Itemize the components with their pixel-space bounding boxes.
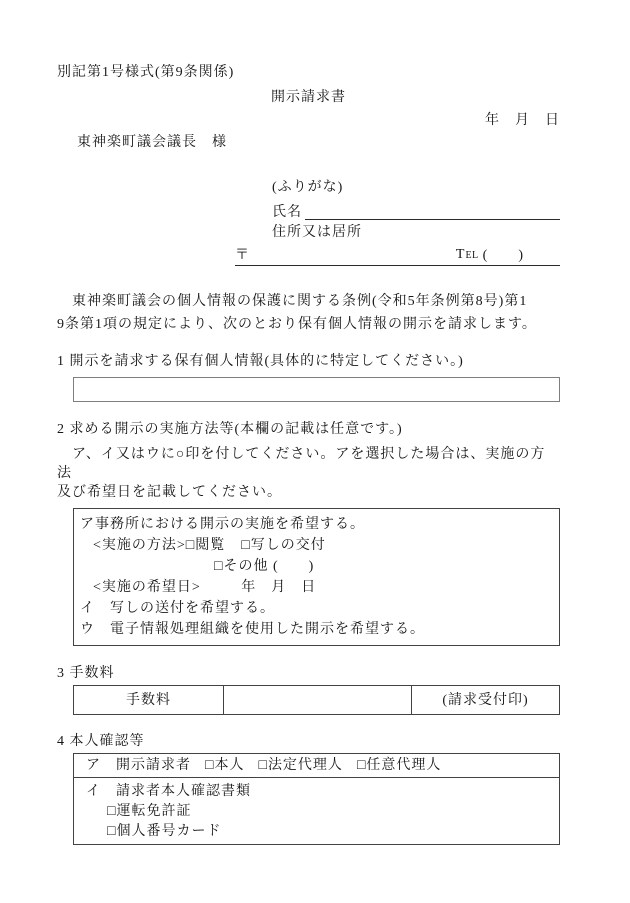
- checkbox-label: 運転免許証: [116, 804, 191, 819]
- checkbox-voluntary-representative[interactable]: □任意代理人: [357, 758, 441, 773]
- checkbox-label: 法定代理人: [268, 758, 343, 773]
- checkbox-label: 任意代理人: [366, 758, 441, 773]
- form-number: 別記第1号様式(第9条関係): [57, 65, 560, 80]
- identity-table: ア 開示請求者 □本人 □法定代理人 □任意代理人 イ 請求者本人確認書類 □運…: [73, 753, 560, 845]
- fee-amount-cell[interactable]: [224, 686, 412, 714]
- section1-input-box[interactable]: [73, 377, 560, 402]
- fee-label-cell: 手数料: [74, 686, 224, 714]
- tel-label: TEL: [456, 247, 479, 263]
- option-i-mail-copy[interactable]: イ 写しの送付を希望する。: [80, 598, 553, 619]
- section2-heading: 2 求める開示の実施方法等(本欄の記載は任意です。): [57, 422, 560, 437]
- checkbox-self[interactable]: □本人: [205, 758, 244, 773]
- furigana-label: (ふりがな): [272, 180, 560, 195]
- checkbox-label: 個人番号カード: [116, 824, 221, 839]
- method-row: <実施の方法> □閲覧 □写しの交付: [93, 535, 553, 556]
- tel-input-area[interactable]: ( ): [483, 248, 524, 263]
- address-label: 住所又は居所: [272, 225, 560, 240]
- applicant-block: (ふりがな) 氏名 住所又は居所 〒 TEL ( ): [235, 180, 560, 266]
- desired-date-fill[interactable]: 年 月 日: [241, 580, 316, 595]
- option-u-electronic-disclosure[interactable]: ウ 電子情報処理組織を使用した開示を希望する。: [80, 619, 553, 640]
- name-row: 氏名: [272, 203, 560, 220]
- request-statement: 東神楽町議会の個人情報の保護に関する条例(令和5年条例第8号)第1 9条第1項の…: [57, 290, 560, 336]
- body-line-1: 東神楽町議会の個人情報の保護に関する条例(令和5年条例第8号)第1: [57, 290, 560, 313]
- checkbox-legal-representative[interactable]: □法定代理人: [258, 758, 342, 773]
- option-a-office-disclosure[interactable]: ア事務所における開示の実施を希望する。: [80, 514, 553, 535]
- desired-date-label: <実施の希望日>: [93, 580, 201, 595]
- instruction-line-1: ア、イ又はウに○印を付してください。アを選択した場合は、実施の方法: [57, 445, 560, 483]
- name-label: 氏名: [272, 205, 302, 220]
- requester-type-row: ア 開示請求者 □本人 □法定代理人 □任意代理人: [74, 754, 559, 778]
- document-page: 別記第1号様式(第9条関係) 開示請求書 年 月 日 東神楽町議会議長 様 (ふ…: [0, 0, 630, 903]
- checkbox-other[interactable]: □その他 ( ): [214, 559, 314, 574]
- checkbox-label: 写しの交付: [251, 538, 326, 553]
- checkbox-view[interactable]: □閲覧: [186, 535, 225, 556]
- desired-date-row: <実施の希望日> 年 月 日: [93, 577, 553, 598]
- checkbox-my-number-card[interactable]: □個人番号カード: [107, 824, 221, 839]
- method-label: <実施の方法>: [93, 535, 186, 556]
- fee-table: 手数料 (請求受付印): [73, 685, 560, 715]
- checkbox-square-icon: □: [186, 538, 195, 553]
- checkbox-square-icon: □: [241, 538, 250, 553]
- section2-options-box: ア事務所における開示の実施を希望する。 <実施の方法> □閲覧 □写しの交付 □…: [73, 508, 560, 646]
- identity-documents-label: イ 請求者本人確認書類: [86, 782, 553, 802]
- checkbox-square-icon: □: [258, 758, 267, 773]
- checkbox-label: 本人: [214, 758, 244, 773]
- requester-type-label: ア 開示請求者: [86, 758, 191, 773]
- checkbox-label: その他 ( ): [223, 559, 314, 574]
- addressee: 東神楽町議会議長 様: [77, 135, 560, 150]
- section1-heading: 1 開示を請求する保有個人情報(具体的に特定してください。): [57, 354, 560, 369]
- instruction-line-2: 及び希望日を記載してください。: [57, 483, 560, 502]
- postal-mark-icon: 〒: [235, 248, 250, 263]
- checkbox-square-icon: □: [357, 758, 366, 773]
- section4-heading: 4 本人確認等: [57, 734, 560, 749]
- checkbox-copy-delivery[interactable]: □写しの交付: [241, 535, 325, 556]
- body-line-2: 9条第1項の規定により、次のとおり保有個人情報の開示を請求します。: [57, 313, 560, 336]
- checkbox-label: 閲覧: [195, 538, 225, 553]
- name-input-line[interactable]: [305, 203, 560, 220]
- postal-tel-row: 〒 TEL ( ): [235, 247, 560, 266]
- receipt-stamp-cell: (請求受付印): [412, 686, 559, 714]
- section2-instructions: ア、イ又はウに○印を付してください。アを選択した場合は、実施の方法 及び希望日を…: [57, 445, 560, 502]
- section3-heading: 3 手数料: [57, 666, 560, 681]
- checkbox-drivers-license[interactable]: □運転免許証: [107, 804, 191, 819]
- method-row-other: □その他 ( ): [214, 556, 553, 577]
- page-title: 開示請求書: [57, 90, 560, 105]
- identity-documents-row: イ 請求者本人確認書類 □運転免許証 □個人番号カード: [74, 778, 559, 844]
- date-fill-line[interactable]: 年 月 日: [57, 113, 560, 128]
